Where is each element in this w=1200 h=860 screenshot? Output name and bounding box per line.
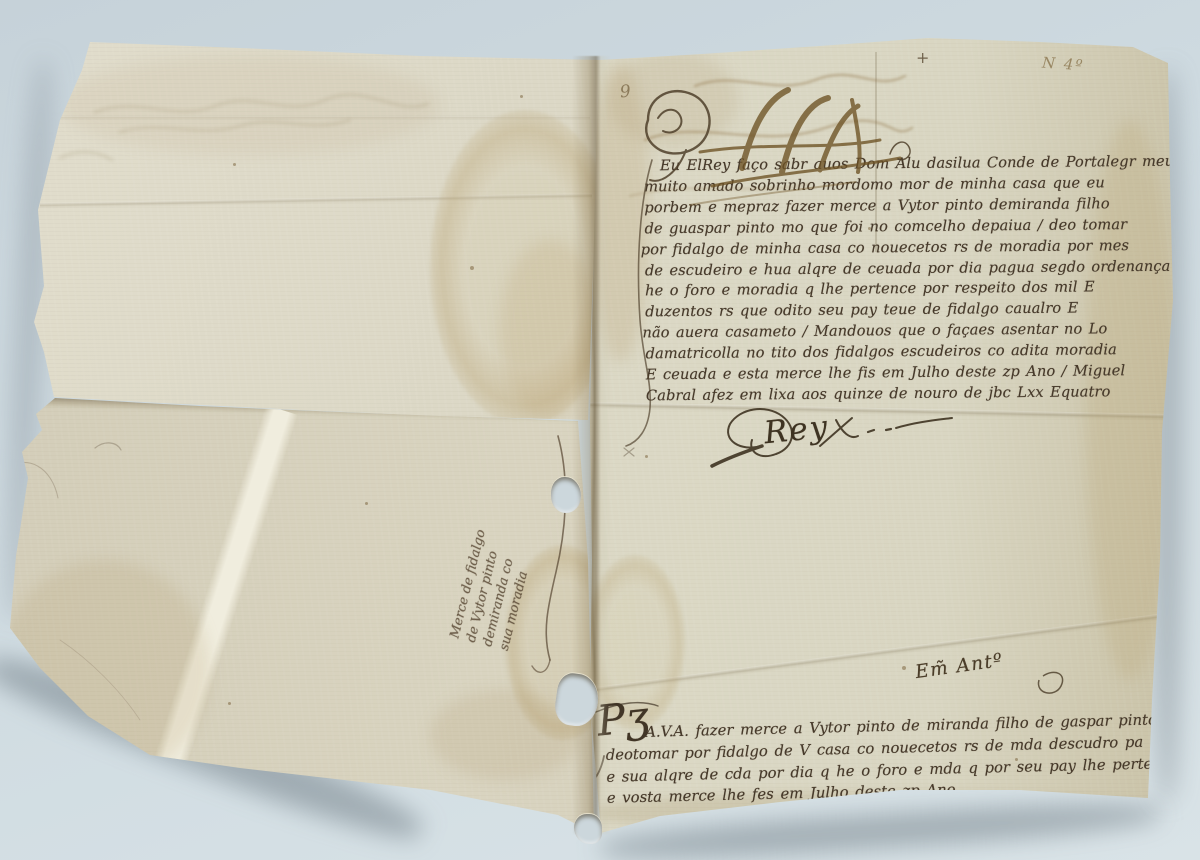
manuscript-photograph: Merce de fidalgo de Vytor pinto demirand… [0,0,1200,860]
fold-tear-hole [551,477,581,513]
royal-signature: Rey [762,409,831,452]
archive-numeral: 9 [619,81,632,102]
letter-text-block: Eu ElRey faço sabr auos Dom Alu dasilua … [644,152,1181,408]
minute-text-block: A.V.A. fazer merce a Vytor pinto de mira… [605,709,1167,810]
cross-mark: + [916,48,929,67]
folio-number: N 4º [1041,54,1085,75]
fold-tear-hole [574,814,602,844]
